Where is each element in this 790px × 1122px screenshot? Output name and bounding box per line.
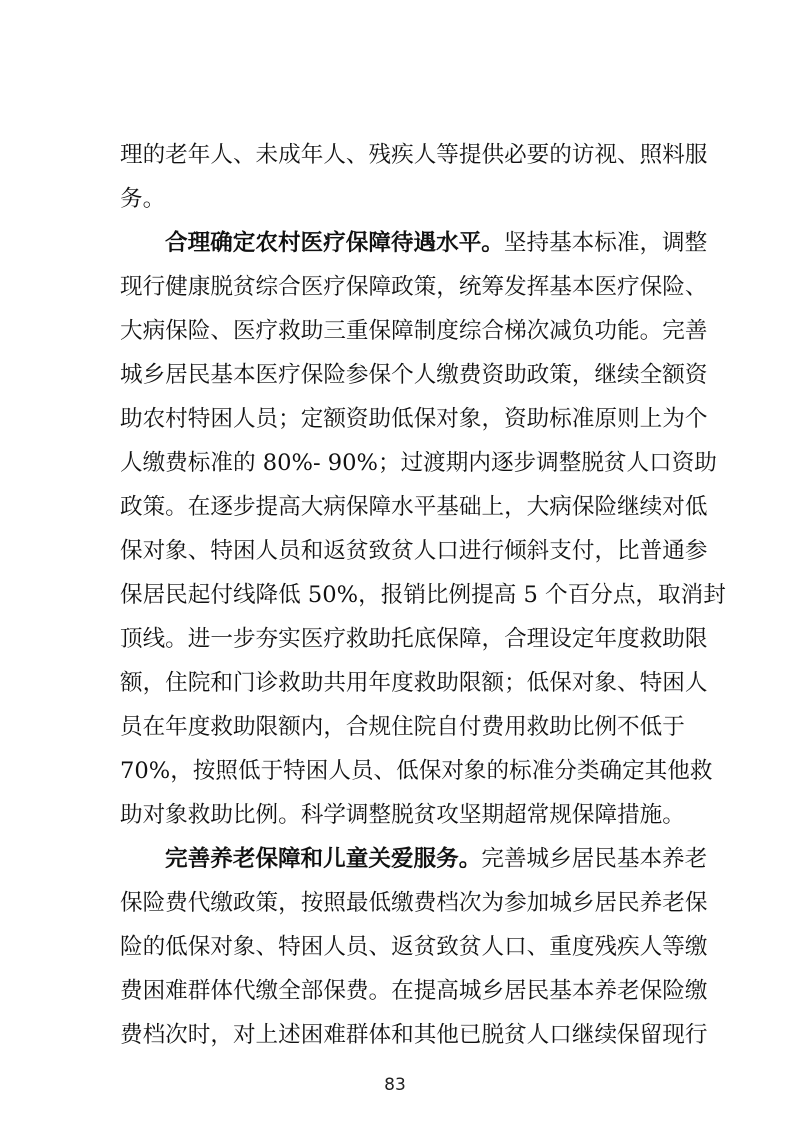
section-heading-medical: 合理确定农村医疗保障待遇水平。	[165, 230, 504, 256]
text-line: 保险费代缴政策，按照最低缴费档次为参加城乡居民养老保	[120, 888, 672, 918]
text-fragment: 完善城乡居民基本养老	[481, 846, 707, 872]
section-heading-line: 完善养老保障和儿童关爱服务。完善城乡居民基本养老	[165, 844, 672, 874]
text-line: 费档次时，对上述困难群体和其他已脱贫人口继续保留现行	[120, 1020, 672, 1050]
text-line: 顶线。进一步夯实医疗救助托底保障，合理设定年度救助限	[120, 624, 672, 654]
text-line: 员在年度救助限额内，合规住院自付费用救助比例不低于	[120, 712, 672, 742]
text-line: 险的低保对象、特困人员、返贫致贫人口、重度残疾人等缴	[120, 932, 672, 962]
section-heading-line: 合理确定农村医疗保障待遇水平。坚持基本标准，调整	[165, 228, 672, 258]
text-line: 城乡居民基本医疗保险参保个人缴费资助政策，继续全额资	[120, 360, 672, 390]
text-line: 保对象、特困人员和返贫致贫人口进行倾斜支付，比普通参	[120, 536, 672, 566]
text-line: 助农村特困人员；定额资助低保对象，资助标准原则上为个	[120, 404, 672, 434]
text-line: 人缴费标准的 80%- 90%；过渡期内逐步调整脱贫人口资助	[120, 448, 672, 478]
text-line: 助对象救助比例。科学调整脱贫攻坚期超常规保障措施。	[120, 800, 672, 830]
text-line: 大病保险、医疗救助三重保障制度综合梯次减负功能。完善	[120, 316, 672, 346]
text-line: 费困难群体代缴全部保费。在提高城乡居民基本养老保险缴	[120, 976, 672, 1006]
text-line: 额，住院和门诊救助共用年度救助限额；低保对象、特困人	[120, 668, 672, 698]
page-number: 83	[0, 1075, 790, 1095]
document-page: 理的老年人、未成年人、残疾人等提供必要的访视、照料服 务。 合理确定农村医疗保障…	[0, 0, 790, 1122]
text-line: 70%，按照低于特困人员、低保对象的标准分类确定其他救	[120, 756, 672, 786]
text-line: 现行健康脱贫综合医疗保障政策，统筹发挥基本医疗保险、	[120, 272, 672, 302]
section-heading-pension: 完善养老保障和儿童关爱服务。	[165, 846, 481, 872]
text-line: 政策。在逐步提高大病保障水平基础上，大病保险继续对低	[120, 492, 672, 522]
text-line: 务。	[120, 184, 672, 214]
text-line: 保居民起付线降低 50%，报销比例提高 5 个百分点，取消封	[120, 580, 672, 610]
text-line: 理的老年人、未成年人、残疾人等提供必要的访视、照料服	[120, 140, 672, 170]
text-fragment: 坚持基本标准，调整	[504, 230, 707, 256]
